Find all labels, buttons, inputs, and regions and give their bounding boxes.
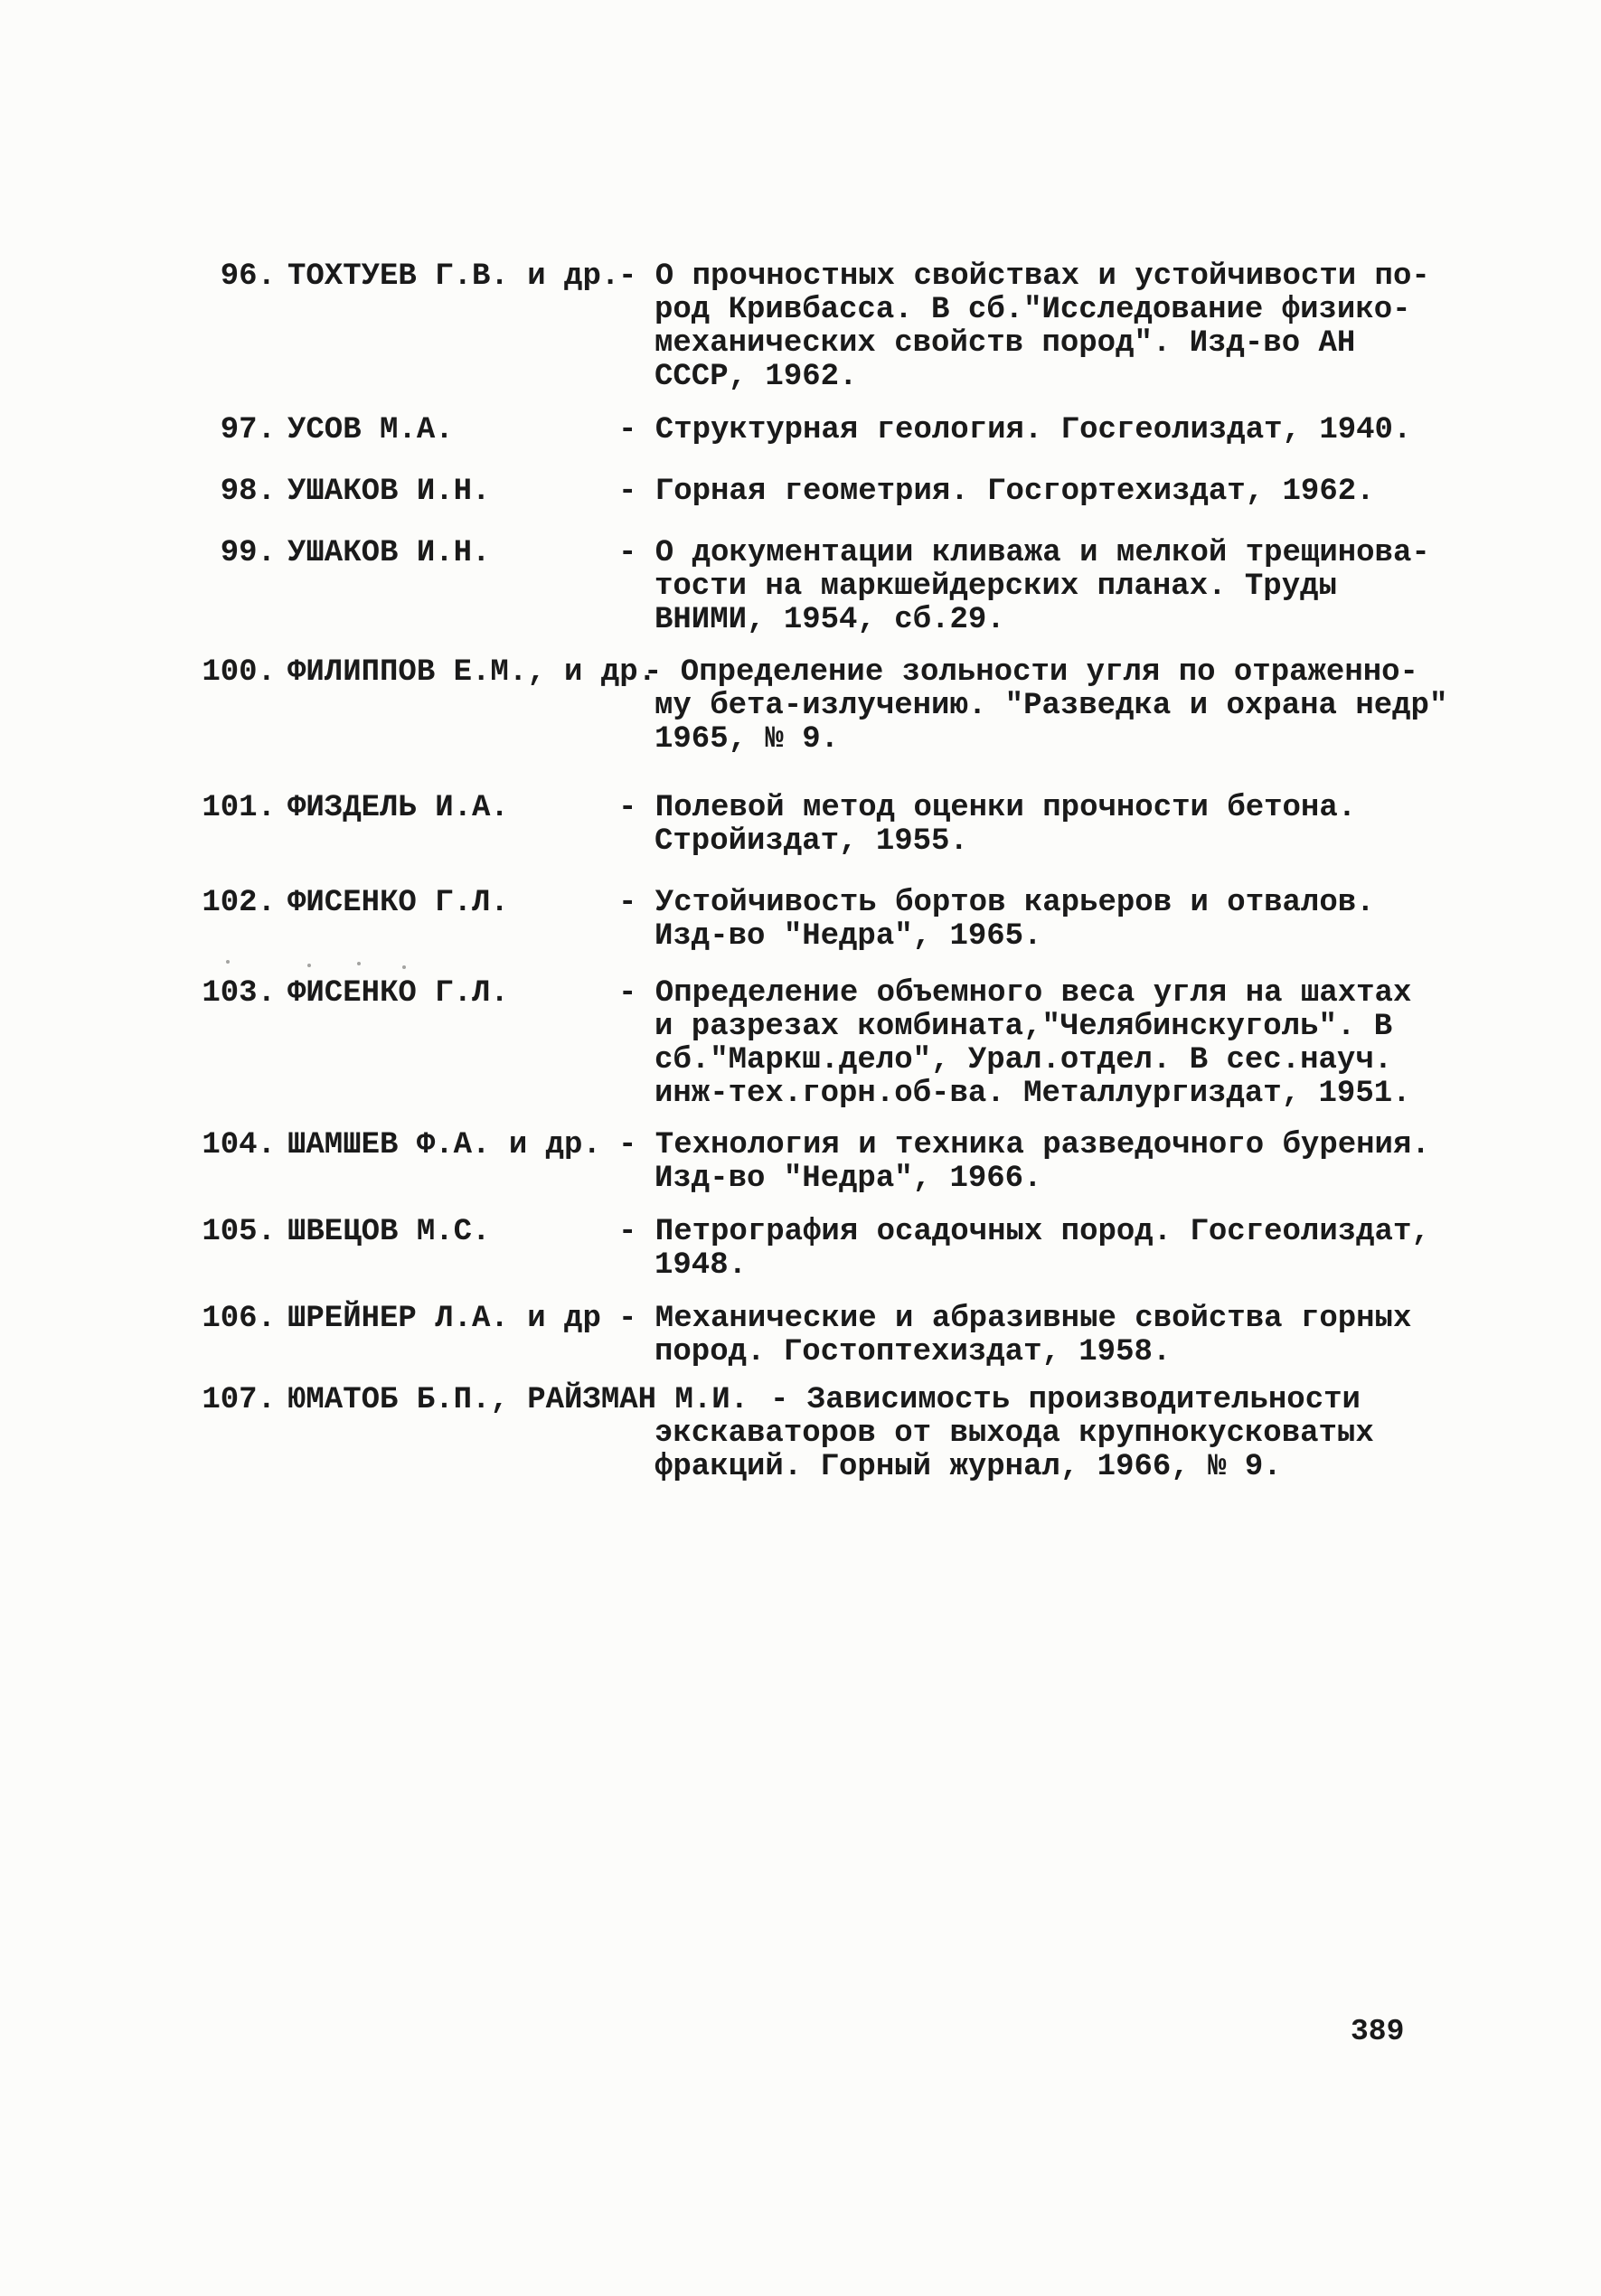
scan-speckle [402, 965, 406, 969]
reference-entry: 100. ФИЛИППОВ Е.М., и др. - Определение … [0, 656, 1601, 757]
reference-entry: 104. ШАМШЕВ Ф.А. и др. - Технология и те… [0, 1129, 1601, 1196]
reference-entry: 97. УСОВ М.А. - Структурная геология. Го… [0, 414, 1601, 447]
entry-number: 98. [136, 475, 276, 509]
reference-entry: 96. ТОХТУЕВ Г.В. и др. - О прочностных с… [0, 260, 1601, 394]
entry-description: - Технология и техника разведочного буре… [618, 1129, 1522, 1196]
entry-author: УШАКОВ И.Н. [287, 475, 490, 509]
entry-author: ЮМАТОБ Б.П., РАЙЗМАН М.И. [287, 1384, 749, 1417]
entry-number: 102. [136, 887, 276, 920]
document-page: 96. ТОХТУЕВ Г.В. и др. - О прочностных с… [0, 0, 1601, 2296]
scan-speckle [357, 962, 361, 965]
entry-number: 100. [136, 656, 276, 690]
reference-entry: 105. ШВЕЦОВ М.С. - Петрография осадочных… [0, 1216, 1601, 1283]
scan-speckle [226, 960, 230, 964]
entry-number: 97. [136, 414, 276, 447]
entry-author: ШРЕЙНЕР Л.А. и др [287, 1303, 601, 1336]
entry-description: - Устойчивость бортов карьеров и отвалов… [618, 887, 1522, 954]
reference-entry: 103. ФИСЕНКО Г.Л. - Определение объемног… [0, 977, 1601, 1111]
entry-description: - Полевой метод оценки прочности бетона.… [618, 792, 1522, 859]
entry-author: ШВЕЦОВ М.С. [287, 1216, 490, 1249]
entry-number: 107. [136, 1384, 276, 1417]
reference-entry: 101. ФИЗДЕЛЬ И.А. - Полевой метод оценки… [0, 792, 1601, 859]
reference-entry: 107. ЮМАТОБ Б.П., РАЙЗМАН М.И. - Зависим… [0, 1384, 1601, 1484]
entry-number: 96. [136, 260, 276, 294]
entry-author: ФИСЕНКО Г.Л. [287, 977, 509, 1011]
entry-author: УСОВ М.А. [287, 414, 454, 447]
entry-number: 104. [136, 1129, 276, 1162]
entry-number: 101. [136, 792, 276, 825]
entry-description: - О прочностных свойствах и устойчивости… [618, 260, 1522, 394]
entry-description: - Механические и абразивные свойства гор… [618, 1303, 1522, 1369]
reference-entry: 98. УШАКОВ И.Н. - Горная геометрия. Госг… [0, 475, 1601, 509]
entry-description: - Зависимость производительности экскава… [618, 1384, 1522, 1484]
entry-author: ТОХТУЕВ Г.В. и др. [287, 260, 619, 294]
reference-entry: 99. УШАКОВ И.Н. - О документации кливажа… [0, 537, 1601, 637]
entry-number: 99. [136, 537, 276, 570]
entry-author: ФИЗДЕЛЬ И.А. [287, 792, 509, 825]
reference-entry: 102. ФИСЕНКО Г.Л. - Устойчивость бортов … [0, 887, 1601, 954]
entry-number: 106. [136, 1303, 276, 1336]
entry-description: - Горная геометрия. Госгортехиздат, 1962… [618, 475, 1522, 509]
entry-author: ШАМШЕВ Ф.А. и др. [287, 1129, 601, 1162]
entry-author: ФИЛИППОВ Е.М., и др. [287, 656, 656, 690]
entry-description: - Определение объемного веса угля на шах… [618, 977, 1522, 1111]
entry-author: ФИСЕНКО Г.Л. [287, 887, 509, 920]
entry-description: - О документации кливажа и мелкой трещин… [618, 537, 1522, 637]
scan-speckle [307, 964, 311, 967]
entry-number: 103. [136, 977, 276, 1011]
entry-number: 105. [136, 1216, 276, 1249]
page-number: 389 [1351, 2016, 1404, 2048]
entry-description: - Петрография осадочных пород. Госгеолиз… [618, 1216, 1522, 1283]
entry-description: - Определение зольности угля по отраженн… [618, 656, 1522, 757]
entry-description: - Структурная геология. Госгеолиздат, 19… [618, 414, 1522, 447]
entry-author: УШАКОВ И.Н. [287, 537, 490, 570]
reference-entry: 106. ШРЕЙНЕР Л.А. и др - Механические и … [0, 1303, 1601, 1369]
